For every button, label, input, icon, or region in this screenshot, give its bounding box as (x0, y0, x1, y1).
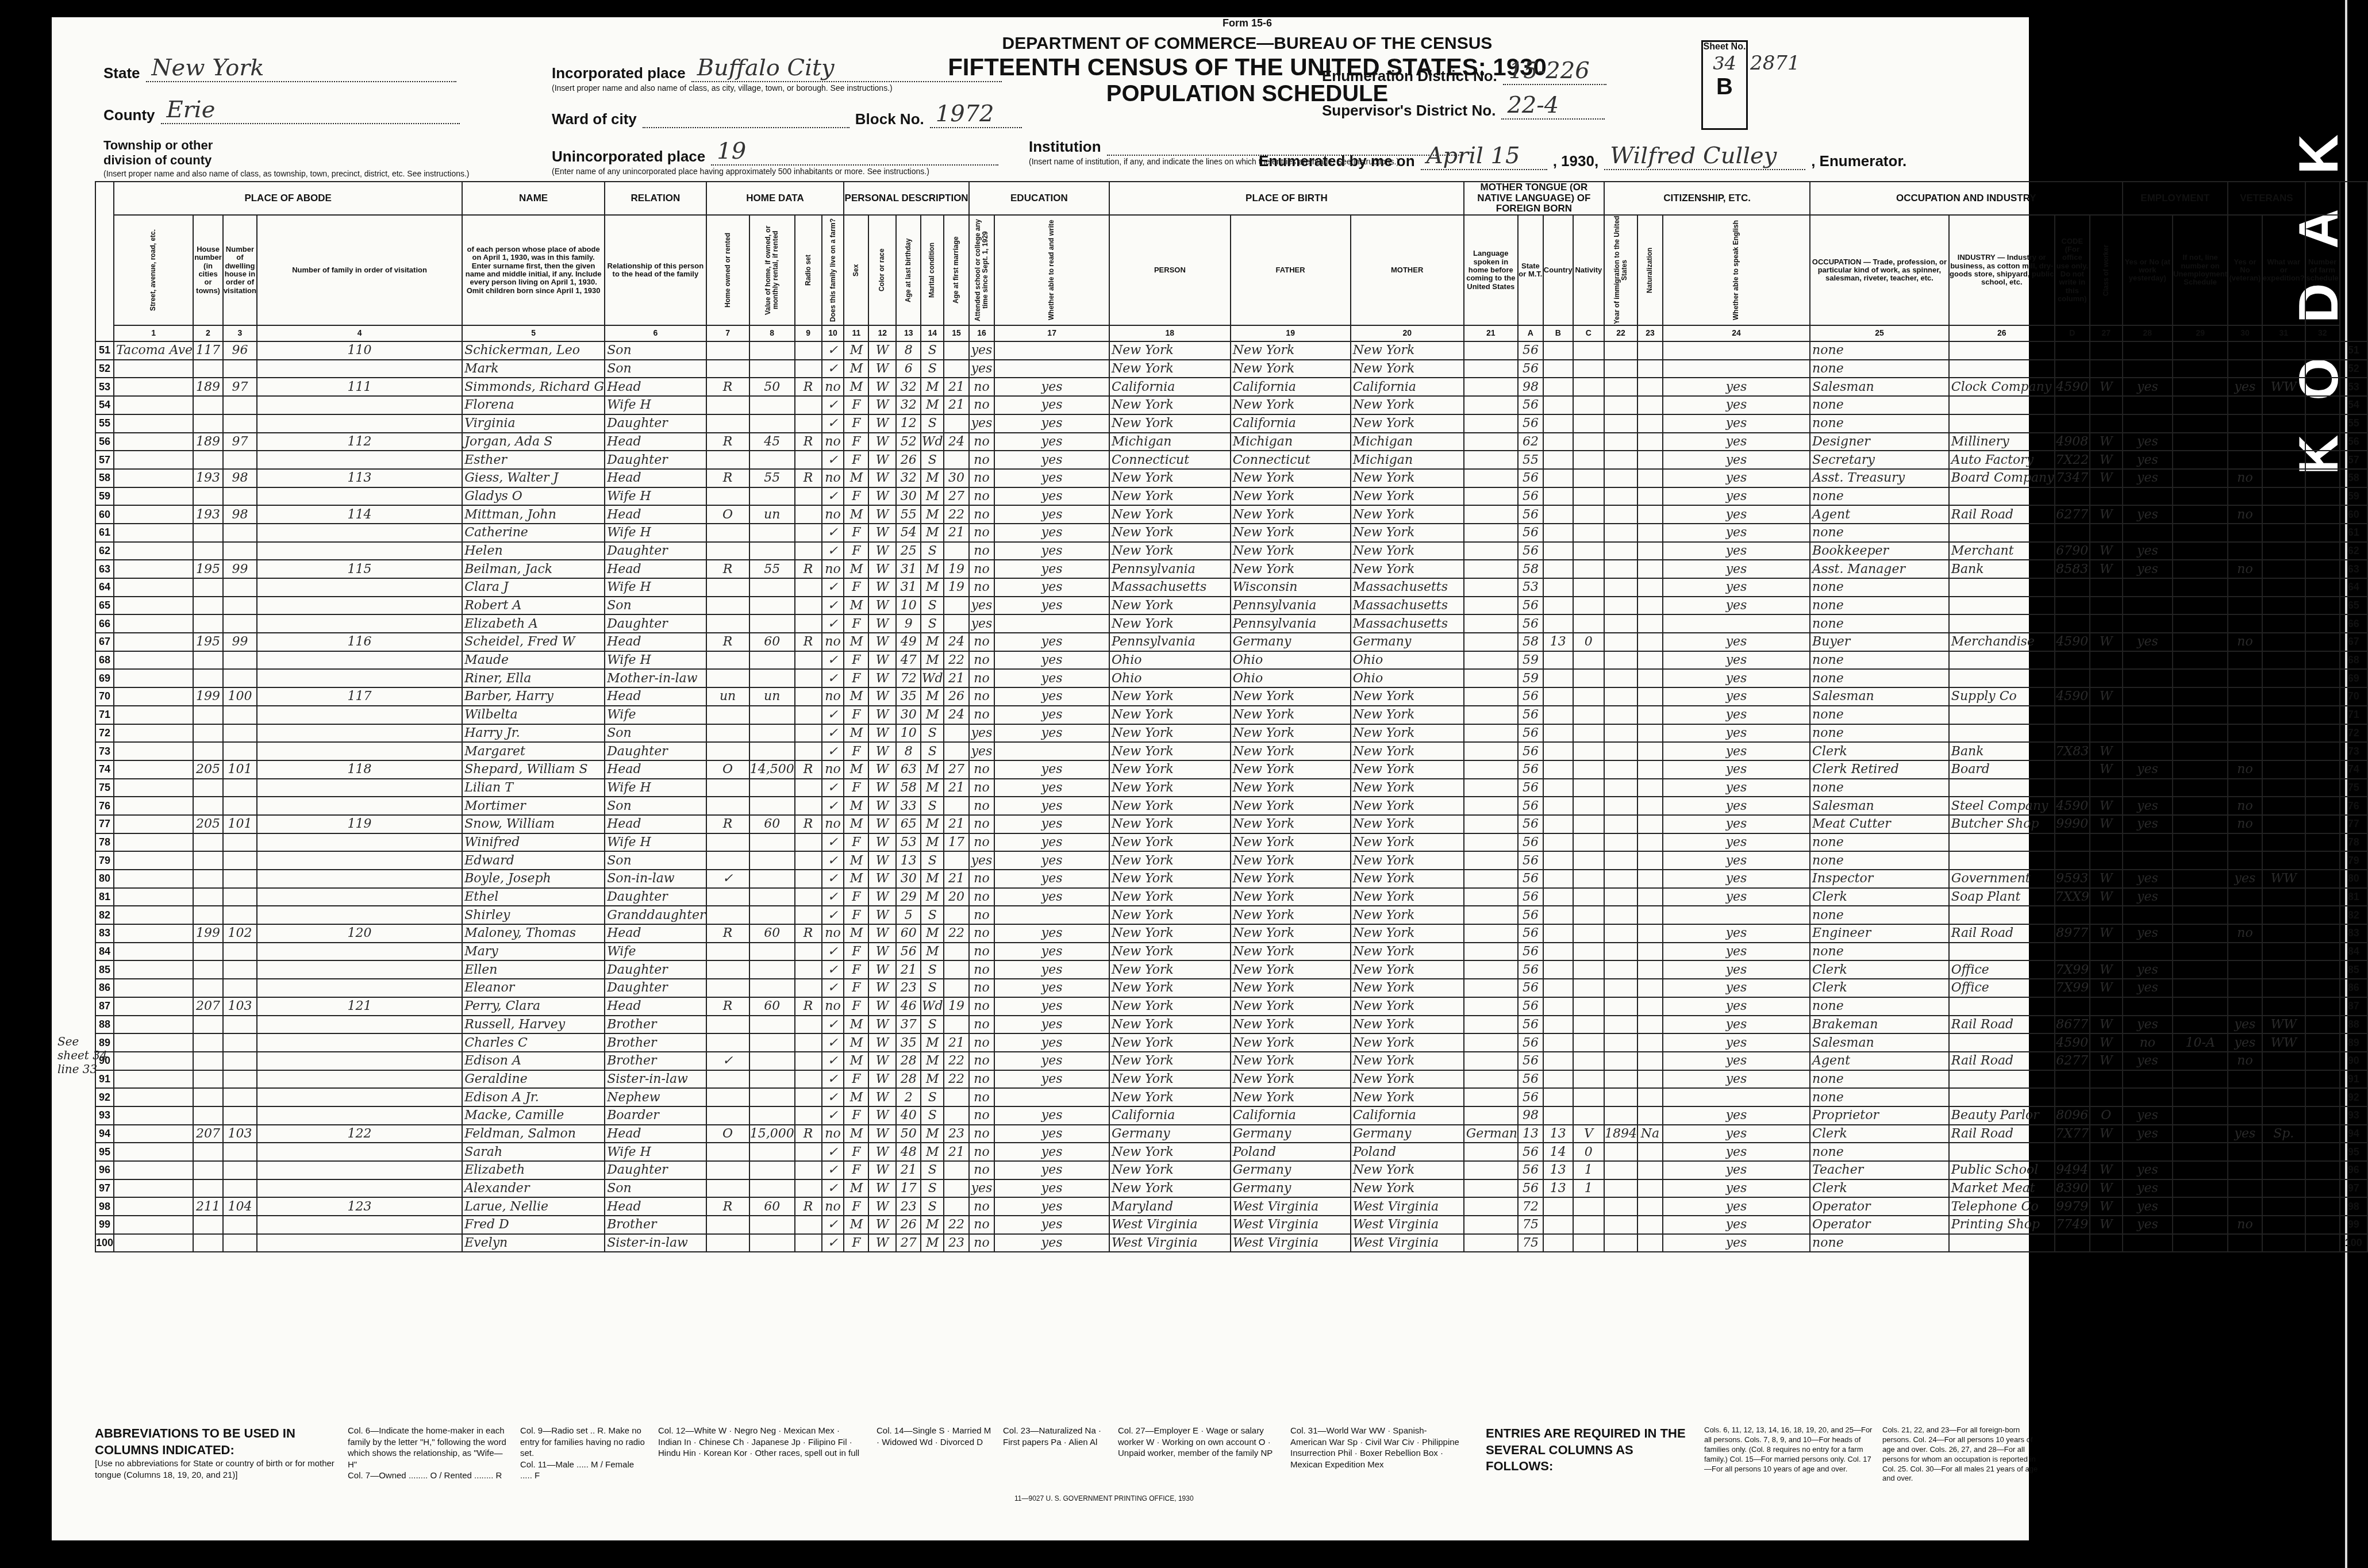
cell-farm: ✓ (822, 414, 844, 433)
cell-vet (2228, 1234, 2262, 1252)
cell-dwelling (223, 414, 257, 433)
cell-class (2090, 414, 2122, 433)
cell-house (193, 979, 223, 997)
column-label: If not, line number on Unemployment Sche… (2173, 215, 2228, 325)
cell-industry (1949, 1033, 2055, 1052)
cell-line-right: 59 (2340, 487, 2367, 506)
cell-relation: Wife H (605, 396, 706, 414)
cell-line: 86 (95, 979, 114, 997)
print-code: 11—9027 U. S. GOVERNMENT PRINTING OFFICE… (1014, 1494, 1194, 1504)
cell-unemp (2173, 724, 2228, 743)
cell-line: 100 (95, 1234, 114, 1252)
cell-family: 114 (257, 505, 462, 524)
cell-work: yes (2123, 1197, 2173, 1216)
cell-english: yes (1663, 433, 1810, 451)
cell-industry (1949, 724, 2055, 743)
cell-work (2123, 851, 2173, 870)
cell-radio (795, 451, 822, 469)
cell-natur (1637, 1161, 1663, 1179)
cell-language (1464, 833, 1518, 852)
cell-language (1464, 1052, 1518, 1070)
cell-house: 189 (193, 378, 223, 396)
cell-industry (1949, 360, 2055, 378)
cell-sex: M (844, 1179, 868, 1198)
cell-class: W (2090, 542, 2122, 560)
table-row: 98211104123Larue, NellieHeadR60RnoFW23Sn… (95, 1197, 2367, 1216)
cell-vet (2228, 597, 2262, 615)
cell-work: yes (2123, 924, 2173, 943)
cell-work (2123, 1088, 2173, 1106)
cell-class (2090, 779, 2122, 797)
cell-relation: Daughter (605, 742, 706, 760)
cell-dwelling (223, 1088, 257, 1106)
cell-farm-sched (2305, 542, 2340, 560)
cell-owned (706, 578, 749, 597)
county-label: County (103, 106, 155, 124)
cell-code-b (1543, 742, 1573, 760)
cell-family: 112 (257, 433, 462, 451)
column-label: Year of immigration to the United States (1604, 215, 1637, 325)
cell-immig: 1894 (1604, 1125, 1637, 1143)
cell-dwelling (223, 979, 257, 997)
cell-immig (1604, 979, 1637, 997)
cell-street (114, 505, 193, 524)
cell-family (257, 597, 462, 615)
cell-owned (706, 524, 749, 542)
cell-street (114, 1016, 193, 1034)
cell-code-a: 53 (1518, 578, 1543, 597)
cell-occupation: Salesman (1810, 797, 1949, 815)
table-row: 84MaryWife✓FW56MnoyesNew YorkNew YorkNew… (95, 943, 2367, 961)
cell-value (749, 1216, 795, 1234)
cell-family: 119 (257, 815, 462, 833)
entries-note-2: Cols. 21, 22, and 23—For all foreign-bor… (1882, 1425, 2043, 1484)
cell-language (1464, 433, 1518, 451)
column-label: Whether able to read and write (994, 215, 1109, 325)
cell-family (257, 1161, 462, 1179)
cell-race: W (868, 924, 895, 943)
cell-industry (1949, 1070, 2055, 1089)
cell-owned: ✓ (706, 1052, 749, 1070)
cell-marital: S (921, 341, 944, 360)
cell-farm: ✓ (822, 669, 844, 687)
cell-war (2262, 542, 2305, 560)
cell-code-a: 75 (1518, 1216, 1543, 1234)
cell-sex: F (844, 396, 868, 414)
column-number: D (2055, 325, 2090, 341)
cell-dwelling (223, 396, 257, 414)
cell-unemp (2173, 797, 2228, 815)
cell-birth: New York (1109, 1088, 1231, 1106)
cell-father-birth: California (1231, 378, 1351, 396)
column-group-header: EDUCATION (969, 182, 1109, 215)
cell-farm-sched (2305, 851, 2340, 870)
cell-father-birth: Michigan (1231, 433, 1351, 451)
cell-work: yes (2123, 979, 2173, 997)
cell-war (2262, 943, 2305, 961)
cell-code-a: 56 (1518, 542, 1543, 560)
cell-farm-sched (2305, 943, 2340, 961)
cell-immig (1604, 706, 1637, 724)
cell-line: 51 (95, 341, 114, 360)
cell-code-c (1573, 687, 1604, 706)
cell-family: 115 (257, 560, 462, 578)
cell-farm: no (822, 815, 844, 833)
cell-age-marr (944, 451, 969, 469)
cell-age-marr (944, 1016, 969, 1034)
entries-note-1: Cols. 6, 11, 12, 13, 14, 16, 18, 19, 20,… (1704, 1425, 1877, 1474)
cell-marital: M (921, 870, 944, 888)
cell-name: Evelyn (462, 1234, 605, 1252)
cell-code-d: 8977 (2055, 924, 2090, 943)
cell-immig (1604, 960, 1637, 979)
cell-war (2262, 906, 2305, 924)
cell-farm: ✓ (822, 651, 844, 670)
cell-farm-sched (2305, 1197, 2340, 1216)
column-number: 19 (1231, 325, 1351, 341)
cell-dwelling (223, 870, 257, 888)
cell-name: Schickerman, Leo (462, 341, 605, 360)
cell-street (114, 469, 193, 487)
cell-industry: Clock Company (1949, 378, 2055, 396)
cell-read: yes (994, 1197, 1109, 1216)
cell-relation: Head (605, 560, 706, 578)
cell-work: yes (2123, 1016, 2173, 1034)
cell-english: yes (1663, 1179, 1810, 1198)
cell-code-b (1543, 1216, 1573, 1234)
cell-line-right: 83 (2340, 924, 2367, 943)
cell-language (1464, 815, 1518, 833)
cell-age-marr: 30 (944, 469, 969, 487)
cell-farm: no (822, 469, 844, 487)
ward-label: Ward of city (552, 110, 637, 128)
cell-line: 72 (95, 724, 114, 743)
cell-value (749, 487, 795, 506)
cell-value: 60 (749, 815, 795, 833)
cell-value (749, 1088, 795, 1106)
cell-occupation: none (1810, 833, 1949, 852)
cell-code-d (2055, 1234, 2090, 1252)
cell-code-c (1573, 1070, 1604, 1089)
cell-natur (1637, 524, 1663, 542)
table-row: 59Gladys OWife H✓FW30M27noyesNew YorkNew… (95, 487, 2367, 506)
cell-unemp (2173, 1161, 2228, 1179)
cell-read (994, 742, 1109, 760)
cell-read: yes (994, 943, 1109, 961)
cell-occupation: Buyer (1810, 633, 1949, 651)
cell-dwelling (223, 360, 257, 378)
cell-line-right: 86 (2340, 979, 2367, 997)
cell-code-d (2055, 906, 2090, 924)
cell-industry (1949, 997, 2055, 1016)
cell-natur (1637, 1016, 1663, 1034)
cell-house (193, 724, 223, 743)
cell-marital: M (921, 1125, 944, 1143)
cell-mother-birth: Massachusetts (1351, 578, 1464, 597)
cell-name: Simmonds, Richard G (462, 378, 605, 396)
cell-industry (1949, 341, 2055, 360)
cell-code-b (1543, 1016, 1573, 1034)
cell-vet: no (2228, 1052, 2262, 1070)
cell-school: no (969, 760, 994, 779)
column-group-header: CITIZENSHIP, ETC. (1604, 182, 1810, 215)
cell-english: yes (1663, 378, 1810, 396)
cell-farm: ✓ (822, 724, 844, 743)
cell-race: W (868, 360, 895, 378)
cell-occupation: Engineer (1810, 924, 1949, 943)
cell-line-right: 87 (2340, 997, 2367, 1016)
cell-sex: M (844, 815, 868, 833)
cell-school: no (969, 378, 994, 396)
cell-unemp (2173, 742, 2228, 760)
cell-natur (1637, 542, 1663, 560)
cell-code-c (1573, 451, 1604, 469)
cell-unemp (2173, 614, 2228, 633)
cell-house: 199 (193, 924, 223, 943)
cell-industry: Board Company (1949, 469, 2055, 487)
cell-class: W (2090, 451, 2122, 469)
cell-immig (1604, 396, 1637, 414)
cell-code-a: 56 (1518, 1070, 1543, 1089)
cell-family: 121 (257, 997, 462, 1016)
cell-age: 30 (896, 487, 921, 506)
cell-english: yes (1663, 1033, 1810, 1052)
cell-code-c (1573, 1234, 1604, 1252)
cell-school: no (969, 833, 994, 852)
cell-natur (1637, 943, 1663, 961)
table-row: 57EstherDaughter✓FW26SnoyesConnecticutCo… (95, 451, 2367, 469)
cell-line-right: 84 (2340, 943, 2367, 961)
cell-family (257, 906, 462, 924)
cell-race: W (868, 797, 895, 815)
cell-code-b: 14 (1543, 1143, 1573, 1161)
cell-english: yes (1663, 851, 1810, 870)
cell-owned (706, 614, 749, 633)
cell-industry (1949, 706, 2055, 724)
cell-radio (795, 1161, 822, 1179)
cell-birth: New York (1109, 360, 1231, 378)
cell-name: Fred D (462, 1216, 605, 1234)
cell-class: W (2090, 1179, 2122, 1198)
cell-line: 97 (95, 1179, 114, 1198)
cell-farm-sched (2305, 578, 2340, 597)
cell-code-d: 7X99 (2055, 960, 2090, 979)
cell-name: Eleanor (462, 979, 605, 997)
cell-industry (1949, 487, 2055, 506)
cell-radio (795, 943, 822, 961)
cell-code-b (1543, 433, 1573, 451)
cell-immig (1604, 851, 1637, 870)
cell-english: yes (1663, 1143, 1810, 1161)
cell-age: 32 (896, 378, 921, 396)
cell-line-right: 96 (2340, 1161, 2367, 1179)
cell-farm-sched (2305, 1234, 2340, 1252)
column-group-header: PLACE OF ABODE (114, 182, 462, 215)
column-number: 27 (2090, 325, 2122, 341)
cell-language (1464, 469, 1518, 487)
cell-class (2090, 943, 2122, 961)
cell-industry: Supply Co (1949, 687, 2055, 706)
cell-sex: M (844, 560, 868, 578)
cell-father-birth: New York (1231, 487, 1351, 506)
cell-occupation: none (1810, 651, 1949, 670)
cell-street (114, 542, 193, 560)
cell-language (1464, 1197, 1518, 1216)
cell-marital: S (921, 724, 944, 743)
cell-class: W (2090, 1125, 2122, 1143)
cell-code-b (1543, 997, 1573, 1016)
cell-work: yes (2123, 815, 2173, 833)
cell-family: 117 (257, 687, 462, 706)
cell-father-birth: New York (1231, 341, 1351, 360)
cell-industry: Rail Road (1949, 1016, 2055, 1034)
cell-dwelling: 98 (223, 469, 257, 487)
cell-father-birth: New York (1231, 924, 1351, 943)
cell-language (1464, 633, 1518, 651)
cell-dwelling (223, 451, 257, 469)
cell-value (749, 396, 795, 414)
cell-class (2090, 341, 2122, 360)
cell-school: no (969, 706, 994, 724)
cell-relation: Wife (605, 706, 706, 724)
cell-english: yes (1663, 1016, 1810, 1034)
cell-unemp (2173, 815, 2228, 833)
cell-marital: S (921, 451, 944, 469)
table-row: 92Edison A Jr.Nephew✓MW2SnoNew YorkNew Y… (95, 1088, 2367, 1106)
cell-sex: M (844, 870, 868, 888)
cell-code-c (1573, 851, 1604, 870)
column-label: Home owned or rented (706, 215, 749, 325)
cell-house (193, 651, 223, 670)
column-number: 11 (844, 325, 868, 341)
cell-radio (795, 1106, 822, 1125)
cell-language (1464, 1070, 1518, 1089)
cell-farm-sched (2305, 1088, 2340, 1106)
cell-house: 199 (193, 687, 223, 706)
cell-occupation: Clerk (1810, 960, 1949, 979)
cell-owned (706, 797, 749, 815)
cell-unemp (2173, 669, 2228, 687)
cell-house (193, 542, 223, 560)
cell-farm: ✓ (822, 979, 844, 997)
column-group-header: EMPLOYMENT (2123, 182, 2228, 215)
cell-mother-birth: California (1351, 378, 1464, 396)
enumeration-district-field: Enumeration District No. 15-226 (1322, 57, 1606, 85)
cell-read (994, 614, 1109, 633)
cell-natur (1637, 505, 1663, 524)
cell-father-birth: New York (1231, 742, 1351, 760)
column-group-header: OCCUPATION AND INDUSTRY (1810, 182, 2122, 215)
cell-age-marr (944, 360, 969, 378)
cell-work (2123, 524, 2173, 542)
cell-school: no (969, 651, 994, 670)
cell-war (2262, 597, 2305, 615)
cell-code-c (1573, 1016, 1604, 1034)
cell-line: 79 (95, 851, 114, 870)
cell-owned (706, 1088, 749, 1106)
cell-house (193, 1033, 223, 1052)
cell-unemp (2173, 870, 2228, 888)
cell-owned (706, 341, 749, 360)
cell-code-b (1543, 651, 1573, 670)
cell-line: 80 (95, 870, 114, 888)
cell-code-a: 56 (1518, 341, 1543, 360)
cell-work: yes (2123, 433, 2173, 451)
cell-line: 96 (95, 1161, 114, 1179)
cell-unemp (2173, 542, 2228, 560)
cell-father-birth: New York (1231, 1033, 1351, 1052)
cell-war (2262, 560, 2305, 578)
cell-value (749, 797, 795, 815)
cell-school: yes (969, 851, 994, 870)
cell-code-b (1543, 578, 1573, 597)
cell-english: yes (1663, 669, 1810, 687)
cell-marital: S (921, 979, 944, 997)
cell-class: W (2090, 378, 2122, 396)
cell-read: yes (994, 706, 1109, 724)
column-label: Number of dwelling house in order of vis… (223, 215, 257, 325)
cell-vet: yes (2228, 378, 2262, 396)
cell-read: yes (994, 505, 1109, 524)
cell-birth: West Virginia (1109, 1216, 1231, 1234)
cell-code-c (1573, 815, 1604, 833)
cell-code-c (1573, 943, 1604, 961)
cell-farm-sched (2305, 979, 2340, 997)
cell-occupation: none (1810, 341, 1949, 360)
cell-immig (1604, 760, 1637, 779)
cell-language (1464, 341, 1518, 360)
cell-age-marr: 24 (944, 706, 969, 724)
column-number: 25 (1810, 325, 1949, 341)
cell-mother-birth: New York (1351, 505, 1464, 524)
cell-father-birth: California (1231, 1106, 1351, 1125)
cell-owned (706, 669, 749, 687)
cell-class: W (2090, 1016, 2122, 1034)
cell-family (257, 1216, 462, 1234)
cell-english: yes (1663, 469, 1810, 487)
cell-race: W (868, 597, 895, 615)
cell-natur (1637, 1216, 1663, 1234)
cell-code-c (1573, 524, 1604, 542)
cell-house (193, 943, 223, 961)
cell-owned (706, 833, 749, 852)
cell-farm-sched (2305, 1216, 2340, 1234)
cell-father-birth: New York (1231, 851, 1351, 870)
cell-war (2262, 1234, 2305, 1252)
cell-mother-birth: New York (1351, 1161, 1464, 1179)
cell-code-c (1573, 469, 1604, 487)
cell-age: 21 (896, 960, 921, 979)
cell-industry: Beauty Parlor (1949, 1106, 2055, 1125)
cell-relation: Son-in-law (605, 870, 706, 888)
cell-vet (2228, 1106, 2262, 1125)
cell-dwelling (223, 1234, 257, 1252)
cell-line: 69 (95, 669, 114, 687)
cell-vet (2228, 651, 2262, 670)
cell-radio: R (795, 560, 822, 578)
cell-father-birth: Connecticut (1231, 451, 1351, 469)
column-number: 28 (2123, 325, 2173, 341)
cell-class: W (2090, 979, 2122, 997)
cell-street (114, 651, 193, 670)
cell-name: Feldman, Salmon (462, 1125, 605, 1143)
cell-birth: New York (1109, 1161, 1231, 1179)
township-label: Township or other division of county (103, 138, 218, 168)
cell-code-a: 62 (1518, 433, 1543, 451)
column-label: Does this family live on a farm? (822, 215, 844, 325)
cell-family: 113 (257, 469, 462, 487)
cell-vet: no (2228, 560, 2262, 578)
